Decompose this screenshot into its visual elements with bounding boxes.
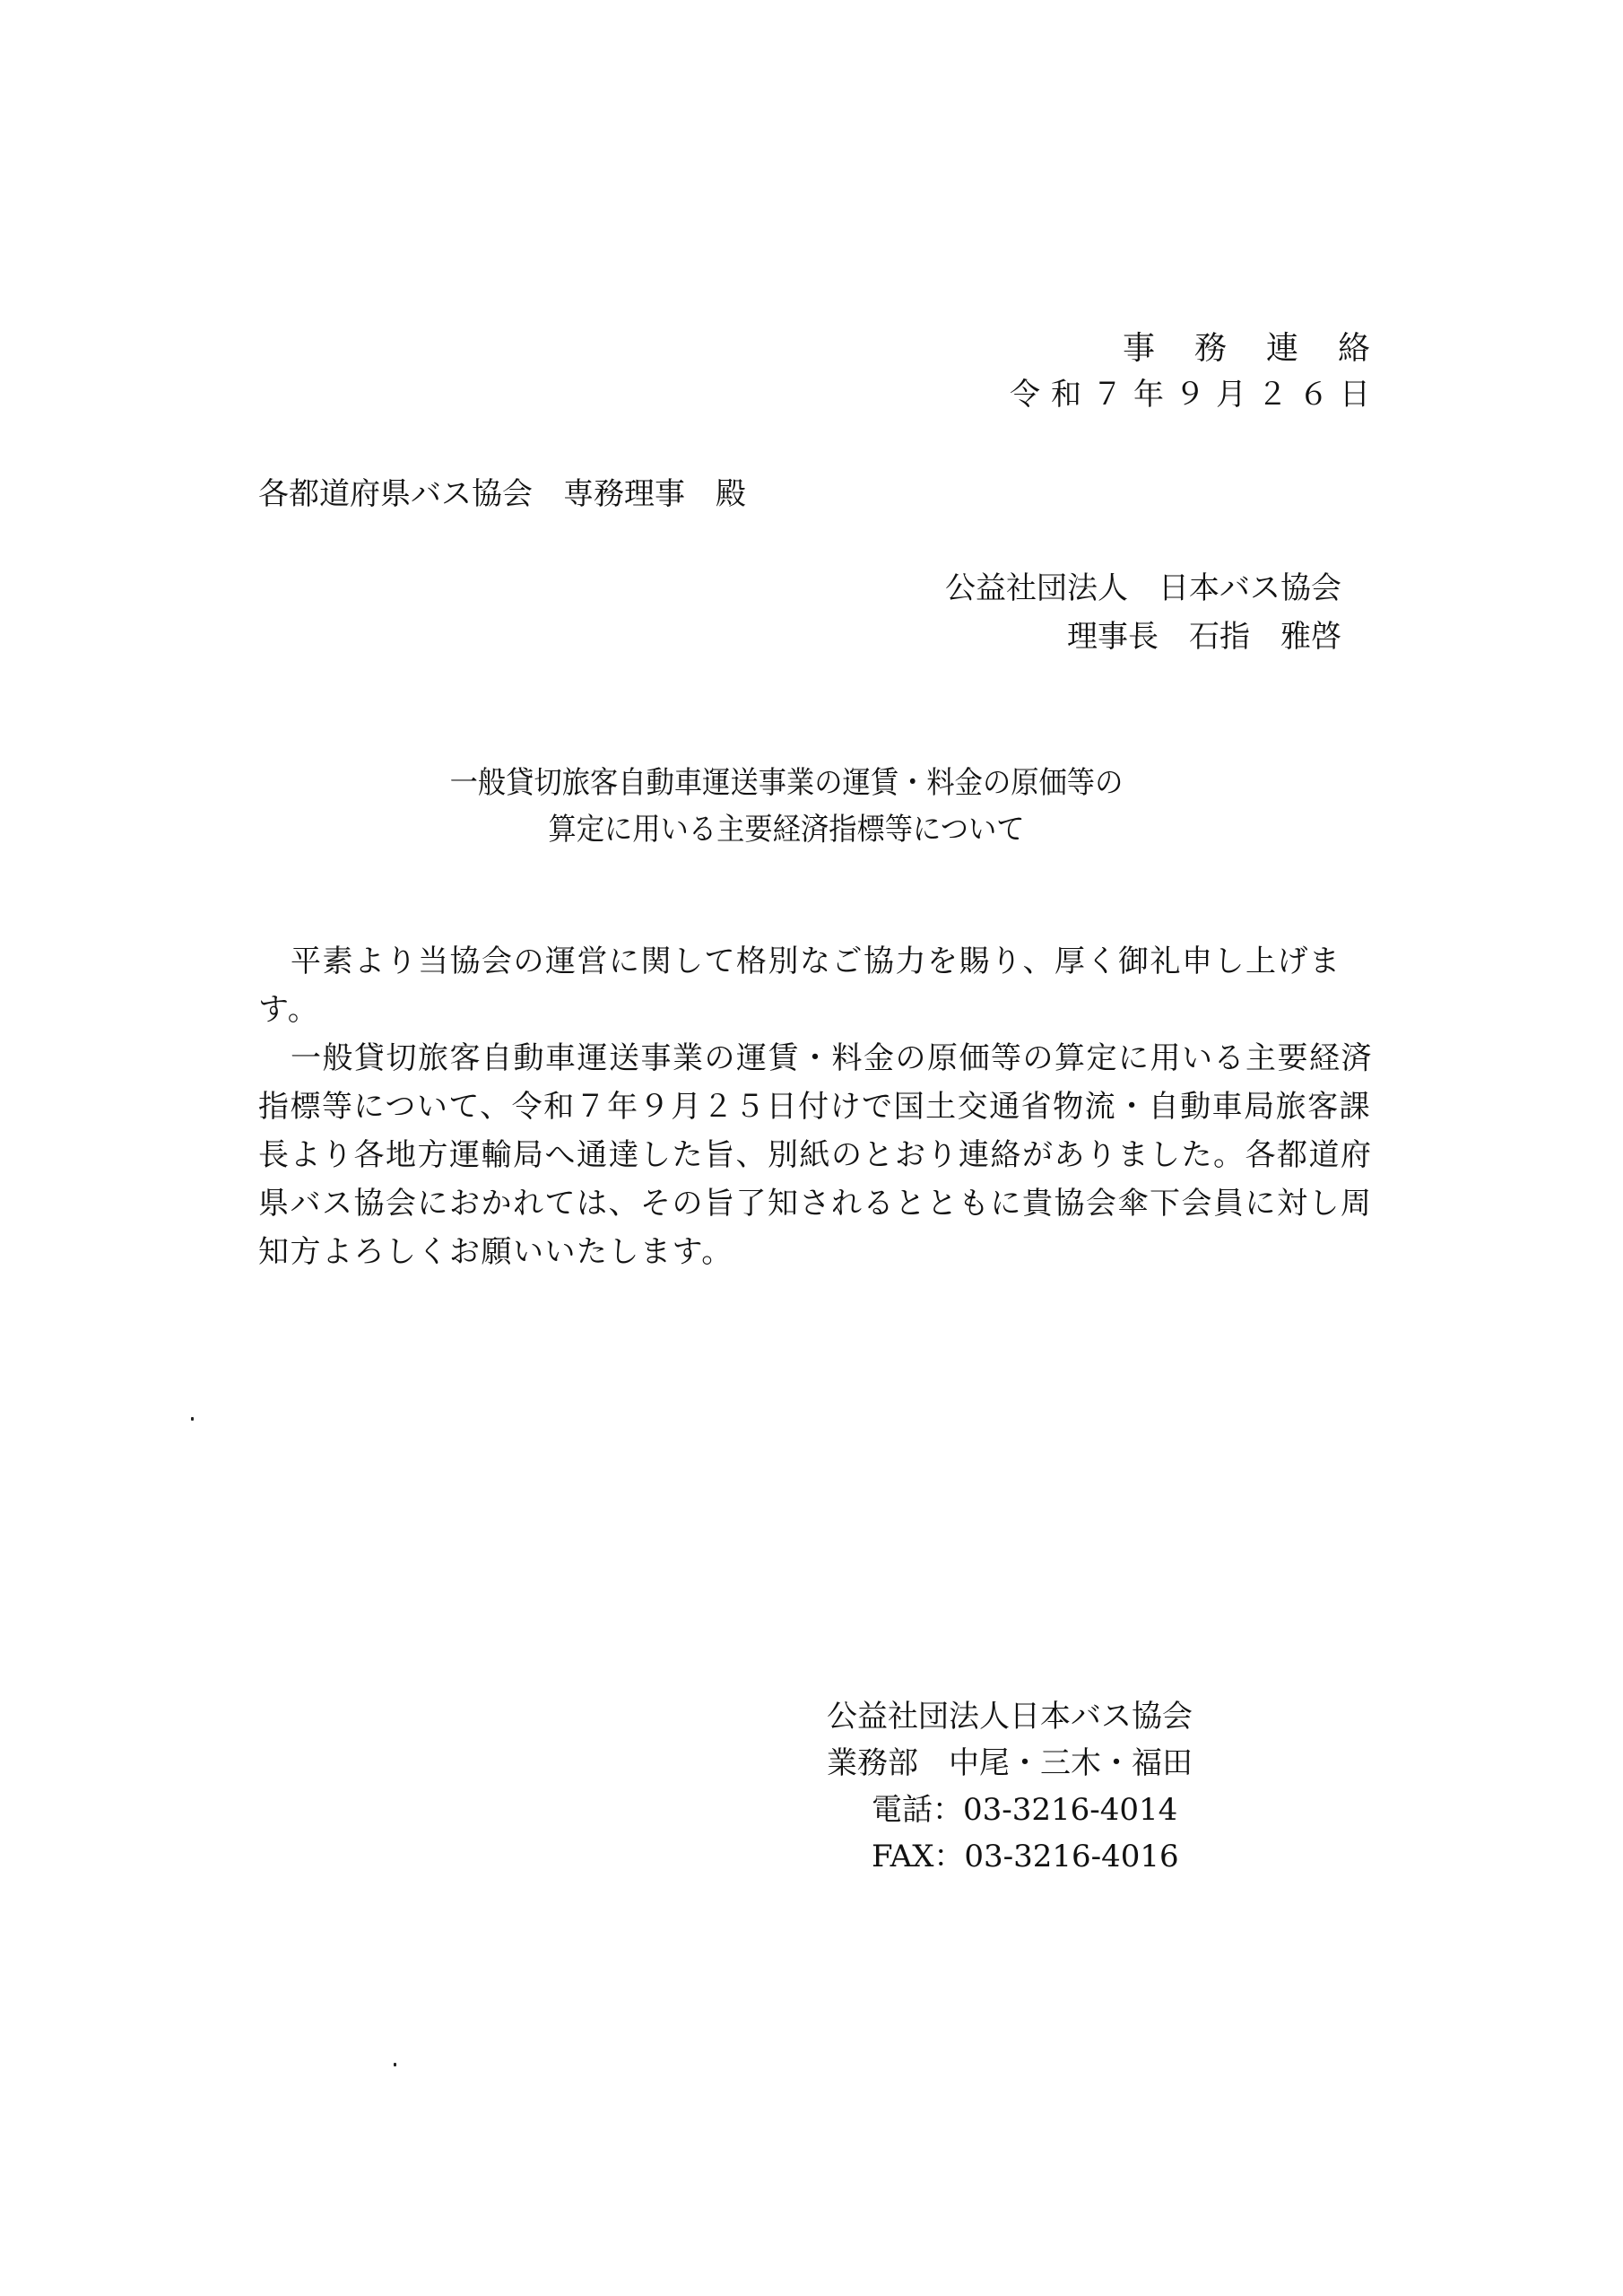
document-title-line-1: 一般貸切旅客自動車運送事業の運賃・料金の原価等の: [39, 758, 1532, 802]
contact-department: 業務部 中尾・三木・福田: [827, 1740, 1193, 1787]
scan-speck: [394, 2063, 396, 2066]
contact-phone: 電話：03-3216-4014: [827, 1787, 1193, 1833]
document-date: 令和７年９月２６日: [1010, 370, 1381, 413]
contact-block: 公益社団法人日本バス協会 業務部 中尾・三木・福田 電話：03-3216-401…: [827, 1693, 1193, 1880]
document-title-line-2: 算定に用いる主要経済指標等について: [39, 804, 1532, 848]
scan-speck: [191, 1417, 194, 1421]
recipient: 各都道府県バス協会 専務理事 殿: [258, 469, 746, 513]
sender-organization: 公益社団法人 日本バス協会: [945, 563, 1341, 607]
document-type: 事務連絡: [1123, 323, 1410, 369]
contact-organization: 公益社団法人日本バス協会: [827, 1693, 1193, 1740]
document-page: 事務連絡 令和７年９月２６日 各都道府県バス協会 専務理事 殿 公益社団法人 日…: [0, 0, 1623, 2296]
contact-fax: FAX：03-3216-4016: [827, 1833, 1193, 1880]
body-paragraph-greeting: 平素より当協会の運営に関して格別なご協力を賜り、厚く御礼申し上げます。: [258, 937, 1388, 1034]
body-text: 平素より当協会の運営に関して格別なご協力を賜り、厚く御礼申し上げます。 一般貸切…: [258, 937, 1388, 1276]
body-paragraph-main: 一般貸切旅客自動車運送事業の運賃・料金の原価等の算定に用いる主要経済指標等につい…: [258, 1034, 1388, 1276]
sender-name: 理事長 石指 雅啓: [1067, 612, 1341, 656]
